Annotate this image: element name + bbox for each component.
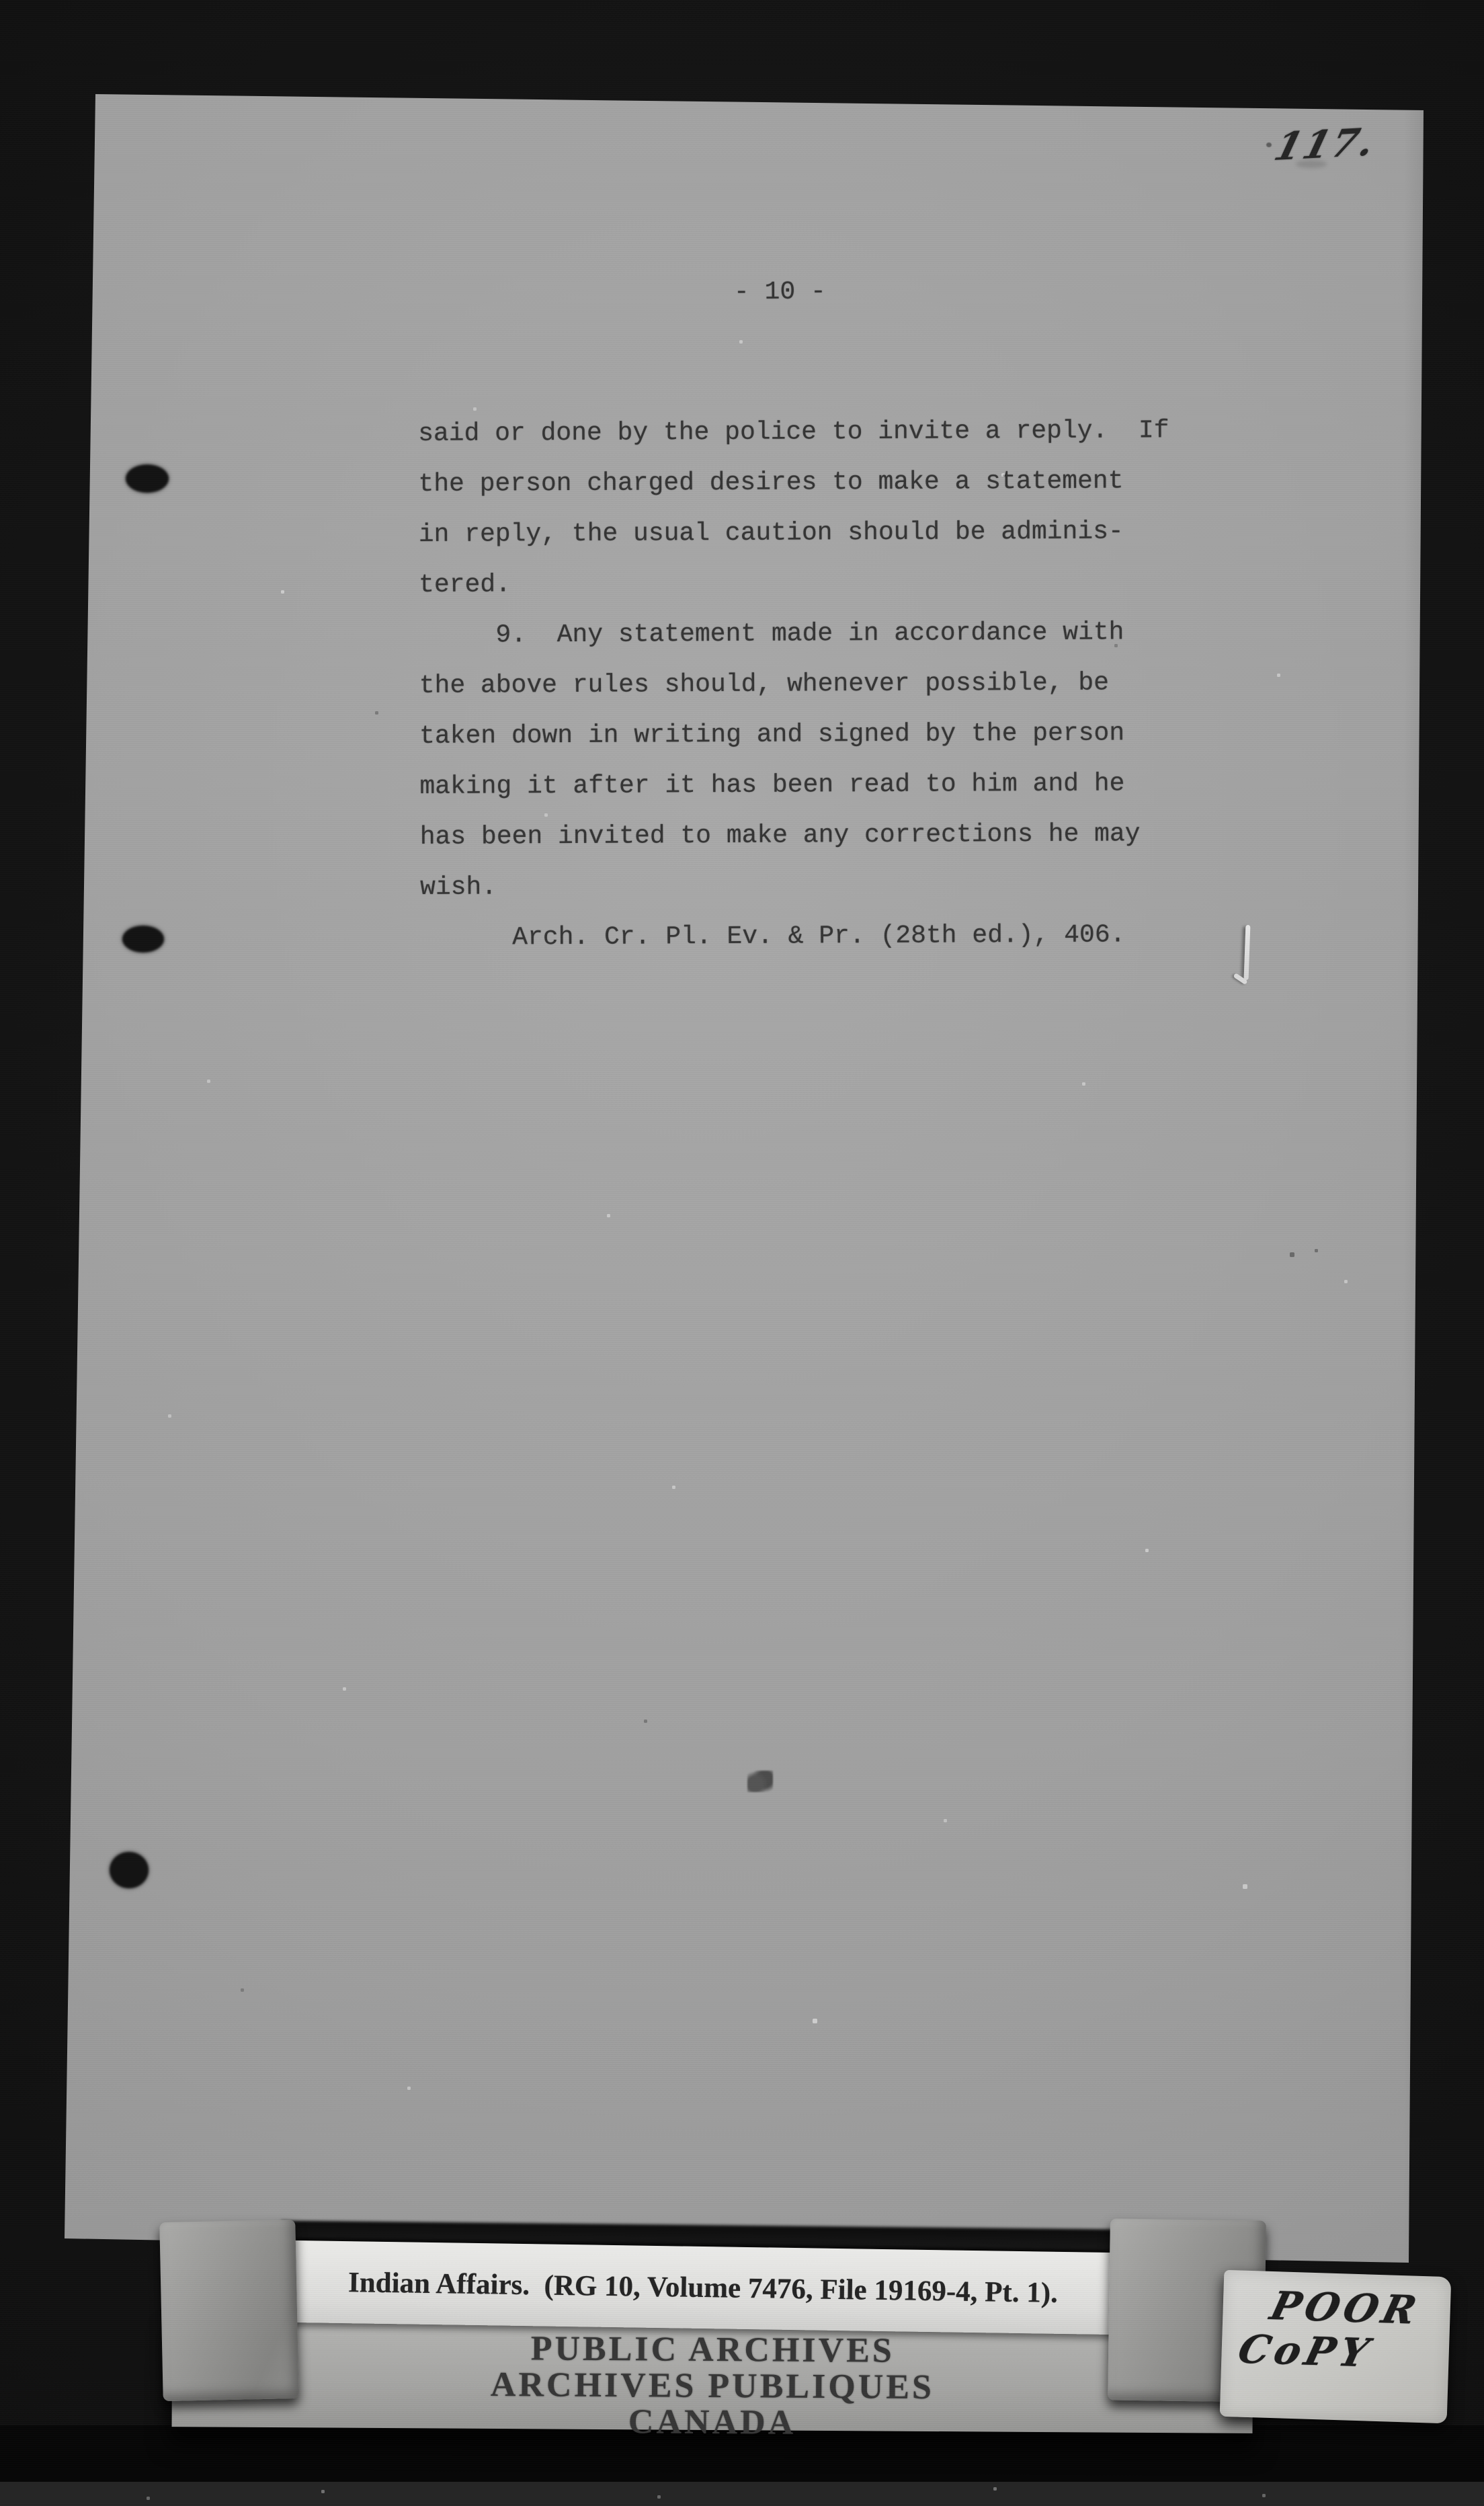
- typewritten-line: in reply, the usual caution should be ad…: [419, 506, 1170, 560]
- poor-copy-card: POOR CoPY: [1220, 2270, 1452, 2424]
- page-number-header: - 10 -: [734, 277, 826, 309]
- typewritten-line: the above rules should, whenever possibl…: [419, 657, 1171, 711]
- punch-hole: [122, 926, 164, 953]
- film-edge-dust: [0, 0, 1, 1]
- typewritten-line: said or done by the police to invite a r…: [418, 405, 1169, 459]
- archive-stamp-bar: PUBLIC ARCHIVES ARCHIVES PUBLIQUES CANAD…: [172, 2319, 1253, 2433]
- ink-smudge-faint: [1296, 160, 1327, 168]
- poor-copy-line: POOR: [1267, 2286, 1455, 2331]
- punch-hole: [110, 1852, 149, 1888]
- film-edge-strip: [0, 2482, 1484, 2506]
- film-crease-mark: [1244, 925, 1251, 980]
- stamp-line: PUBLIC ARCHIVES: [531, 2331, 895, 2369]
- citation-line: Arch. Cr. Pl. Ev. & Pr. (28th ed.), 406.: [420, 910, 1171, 963]
- typewritten-line: 9. Any statement made in accordance with: [419, 607, 1170, 661]
- archive-reference-text: Indian Affairs. (RG 10, Volume 7476, Fil…: [348, 2266, 1059, 2310]
- ink-smudge: [747, 1771, 773, 1792]
- stamp-line: CANADA: [628, 2404, 796, 2441]
- document-page: 117. - 10 - said or done by the police t…: [0, 0, 1484, 2506]
- poor-copy-line: CoPY: [1235, 2330, 1454, 2375]
- typewritten-line: the person charged desires to make a sta…: [418, 456, 1169, 510]
- stamp-line: ARCHIVES PUBLIQUES: [491, 2367, 934, 2406]
- archive-reference-label: Indian Affairs. (RG 10, Volume 7476, Fil…: [284, 2240, 1122, 2335]
- typed-body: said or done by the police to invite a r…: [418, 405, 1171, 963]
- typewritten-line: wish.: [420, 859, 1171, 913]
- typewritten-line: tered.: [419, 557, 1170, 610]
- punch-hole: [126, 464, 169, 493]
- microfilm-background: 117. - 10 - said or done by the police t…: [0, 0, 1484, 2506]
- typewritten-line: has been invited to make any corrections…: [420, 809, 1171, 862]
- typewritten-line: making it after it has been read to him …: [419, 758, 1171, 812]
- typewritten-line: taken down in writing and signed by the …: [419, 708, 1171, 762]
- film-holder-tab-left: [159, 2220, 299, 2401]
- ink-dot: [1266, 143, 1272, 147]
